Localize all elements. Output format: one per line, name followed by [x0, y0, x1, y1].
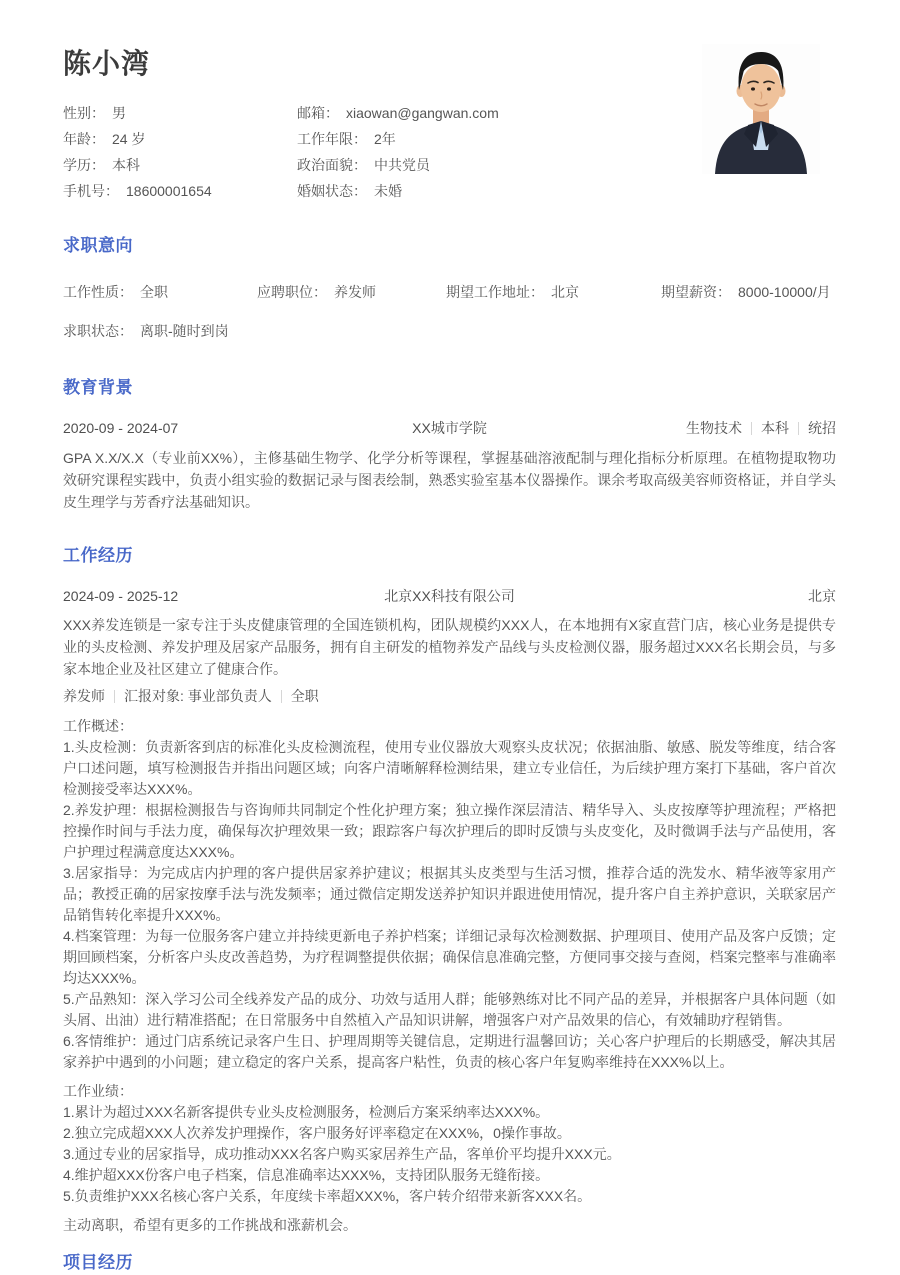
candidate-name: 陈小湾 [63, 42, 702, 82]
company-intro: XXX养发连锁是一家专注于头皮健康管理的全国连锁机构，团队规模约XXX人，在本地… [63, 614, 836, 680]
section-title-work: 工作经历 [63, 545, 836, 567]
education-major: 生物技术 [686, 420, 742, 436]
intention-row-2: 求职状态：离职-随时到岗 [63, 322, 836, 341]
field-expected-salary: 期望薪资：8000-10000/月 [661, 283, 836, 302]
field-gender: 性别：男 [63, 104, 297, 123]
field-phone: 手机号：18600001654 [63, 182, 297, 201]
work-period: 2024-09 - 2025-12 [63, 587, 297, 606]
work-overview-item: 5.产品熟知：深入学习公司全线养发产品的成分、功效与适用人群；能够熟练对比不同产… [63, 989, 836, 1031]
profile-photo [702, 44, 820, 174]
education-enroll-type: 统招 [808, 420, 836, 436]
resume-page: 陈小湾 性别：男 邮箱：xiaowan@gangwan.com 年龄：24 岁 … [0, 0, 900, 1274]
work-overview-item: 1.头皮检测：负责新客到店的标准化头皮检测流程，使用专业仪器放大观察头皮状况；依… [63, 737, 836, 800]
work-overview-title: 工作概述： [63, 716, 836, 737]
field-political-status: 政治面貌：中共党员 [297, 156, 702, 175]
section-title-education: 教育背景 [63, 377, 836, 399]
work-role: 养发师 [63, 688, 105, 704]
work-overview-item: 2.养发护理：根据检测报告与咨询师共同制定个性化护理方案；独立操作深层清洁、精华… [63, 800, 836, 863]
work-location: 北京 [602, 587, 836, 606]
work-result-item: 4.维护超XXX份客户电子档案，信息准确率达XXX%，支持团队服务无缝衔接。 [63, 1165, 836, 1186]
leave-reason: 主动离职，希望有更多的工作挑战和涨薪机会。 [63, 1215, 836, 1236]
work-result-item: 1.累计为超过XXX名新客提供专业头皮检测服务，检测后方案采纳率达XXX%。 [63, 1102, 836, 1123]
resume-header: 陈小湾 性别：男 邮箱：xiaowan@gangwan.com 年龄：24 岁 … [63, 36, 836, 201]
education-entry-header: 2020-09 - 2024-07 XX城市学院 生物技术本科统招 [63, 419, 836, 438]
work-overview-block: 工作概述： 1.头皮检测：负责新客到店的标准化头皮检测流程，使用专业仪器放大观察… [63, 716, 836, 1073]
personal-info-grid: 性别：男 邮箱：xiaowan@gangwan.com 年龄：24 岁 工作年限… [63, 104, 702, 201]
section-title-project: 项目经历 [63, 1252, 836, 1274]
work-report-to: 汇报对象: 事业部负责人 [124, 688, 272, 704]
divider [281, 690, 282, 703]
divider [114, 690, 115, 703]
field-marital-status: 婚姻状态：未婚 [297, 182, 702, 201]
header-info: 陈小湾 性别：男 邮箱：xiaowan@gangwan.com 年龄：24 岁 … [63, 36, 702, 201]
work-results-title: 工作业绩： [63, 1081, 836, 1102]
intention-row-1: 工作性质：全职 应聘职位：养发师 期望工作地址：北京 期望薪资：8000-100… [63, 283, 836, 302]
work-overview-item: 3.居家指导：为完成店内护理的客户提供居家养护建议；根据其头皮类型与生活习惯，推… [63, 863, 836, 926]
divider [798, 422, 799, 435]
field-experience-years: 工作年限：2年 [297, 130, 702, 149]
work-overview-item: 6.客情维护：通过门店系统记录客户生日、护理周期等关键信息，定期进行温馨回访；关… [63, 1031, 836, 1073]
work-role-meta: 养发师汇报对象: 事业部负责人全职 [63, 686, 836, 706]
field-age: 年龄：24 岁 [63, 130, 297, 149]
work-result-item: 3.通过专业的居家指导，成功推动XXX名客户购买家居养生产品，客单价平均提升XX… [63, 1144, 836, 1165]
education-degree: 本科 [761, 420, 789, 436]
education-school: XX城市学院 [297, 419, 602, 438]
section-job-intention: 求职意向 工作性质：全职 应聘职位：养发师 期望工作地址：北京 期望薪资：800… [63, 235, 836, 341]
field-job-status: 求职状态：离职-随时到岗 [63, 322, 836, 341]
work-entry-header: 2024-09 - 2025-12 北京XX科技有限公司 北京 [63, 587, 836, 606]
field-target-position: 应聘职位：养发师 [257, 283, 446, 302]
divider [751, 422, 752, 435]
education-meta: 生物技术本科统招 [602, 419, 836, 438]
section-work-experience: 工作经历 2024-09 - 2025-12 北京XX科技有限公司 北京 XXX… [63, 545, 836, 1236]
education-description: GPA X.X/X.X（专业前XX%），主修基础生物学、化学分析等课程，掌握基础… [63, 447, 836, 513]
work-overview-item: 4.档案管理：为每一位服务客户建立并持续更新电子养护档案；详细记录每次检测数据、… [63, 926, 836, 989]
education-period: 2020-09 - 2024-07 [63, 419, 297, 438]
section-education: 教育背景 2020-09 - 2024-07 XX城市学院 生物技术本科统招 G… [63, 377, 836, 513]
work-employment-type: 全职 [291, 688, 319, 704]
field-target-location: 期望工作地址：北京 [446, 283, 661, 302]
field-education-level: 学历：本科 [63, 156, 297, 175]
portrait-photo-icon [702, 44, 820, 174]
work-result-item: 5.负责维护XXX名核心客户关系，年度续卡率超XXX%，客户转介绍带来新客XXX… [63, 1186, 836, 1207]
section-title-job-intention: 求职意向 [63, 235, 836, 257]
work-result-item: 2.独立完成超XXX人次养发护理操作，客户服务好评率稳定在XXX%，0操作事故。 [63, 1123, 836, 1144]
section-project-experience: 项目经历 [63, 1252, 836, 1274]
work-company: 北京XX科技有限公司 [297, 587, 602, 606]
field-email: 邮箱：xiaowan@gangwan.com [297, 104, 702, 123]
work-results-block: 工作业绩： 1.累计为超过XXX名新客提供专业头皮检测服务，检测后方案采纳率达X… [63, 1081, 836, 1207]
field-job-nature: 工作性质：全职 [63, 283, 257, 302]
